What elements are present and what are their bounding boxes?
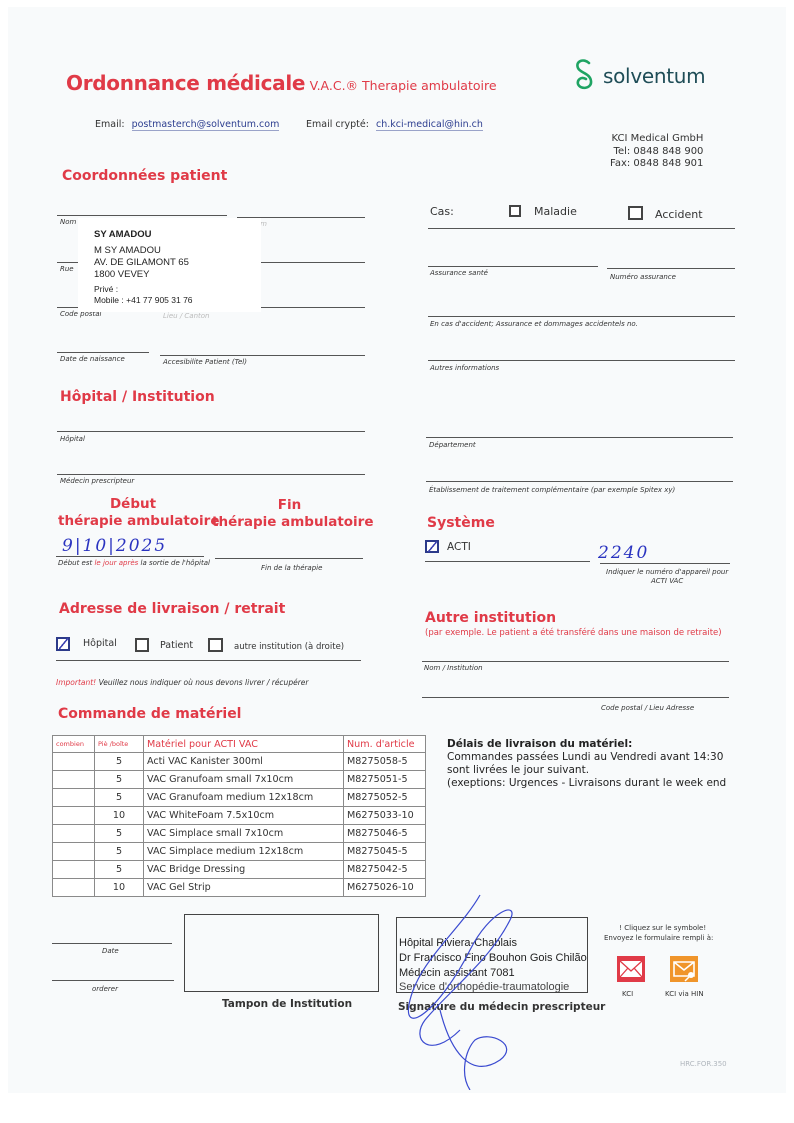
cell-pie: 5 (95, 753, 144, 771)
col-pie: Piè /boîte (95, 736, 144, 753)
title-main: Ordonnance médicale (66, 71, 305, 95)
device-note: Indiquer le numéro d'appareil pour ACTI … (606, 568, 728, 586)
table-row: 10VAC Gel StripM6275026-10 (53, 879, 426, 897)
livraison-hopital-label: Hôpital (83, 638, 117, 649)
delais-title: Délais de livraison du matériel: (447, 738, 726, 751)
important-b: Veuillez nous indiquer où nous devons li… (96, 678, 308, 687)
accident-label: Accident (655, 208, 703, 221)
envelope-icon (617, 956, 645, 982)
accident-assurance-label: En cas d'accident; Assurance et dommages… (430, 320, 638, 328)
accident-checkbox[interactable] (628, 206, 643, 220)
section-commande-title: Commande de matériel (58, 706, 241, 722)
debut-note-b: le jour après (94, 559, 138, 567)
cell-pie: 5 (95, 861, 144, 879)
fin-label: Fin de la thérapie (261, 564, 322, 572)
cell-materiel: VAC Simplace medium 12x18cm (144, 843, 344, 861)
debut-title: Début thérapie ambulatoire (58, 496, 208, 530)
form-code: HRC.FOR.350 (680, 1060, 727, 1068)
section-hopital-title: Hôpital / Institution (60, 389, 215, 405)
delais-line1: Commandes passées Lundi au Vendredi avan… (447, 751, 726, 764)
cell-materiel: VAC Gel Strip (144, 879, 344, 897)
important-note: Important! Veuillez nous indiquer où nou… (56, 678, 308, 687)
cell-materiel: Acti VAC Kanister 300ml (144, 753, 344, 771)
send-hin-label: KCI via HIN (665, 990, 704, 998)
email-crypt-link[interactable]: ch.kci-medical@hin.ch (376, 119, 483, 131)
cell-pie: 5 (95, 843, 144, 861)
debut-note-c: la sortie de l'hôpital (138, 559, 210, 567)
company-fax: Fax: 0848 848 901 (610, 158, 703, 171)
company-tel: Tel: 0848 848 900 (610, 146, 703, 159)
email-label: Email: (95, 119, 125, 130)
title-subtitle: V.A.C.® Therapie ambulatoire (310, 78, 497, 93)
cell-pie: 10 (95, 879, 144, 897)
debut-title-2: thérapie ambulatoire (58, 513, 208, 530)
livraison-patient-checkbox[interactable] (135, 638, 149, 652)
acti-checkbox[interactable] (425, 540, 439, 553)
table-row: 5VAC Granufoam small 7x10cmM8275051-5 (53, 771, 426, 789)
sticker-line2: AV. DE GILAMONT 65 (94, 257, 189, 268)
table-row: 5VAC Simplace small 7x10cmM8275046-5 (53, 825, 426, 843)
tampon-box (184, 914, 379, 992)
envelope-key-icon (670, 956, 698, 982)
cell-num: M8275045-5 (344, 843, 426, 861)
table-row: 5VAC Granufoam medium 12x18cmM8275052-5 (53, 789, 426, 807)
livraison-hopital-checkbox[interactable] (56, 637, 70, 651)
cell-pie: 10 (95, 807, 144, 825)
livraison-autre-checkbox[interactable] (208, 638, 223, 652)
cell-num: M8275042-5 (344, 861, 426, 879)
cell-materiel: VAC Simplace small 7x10cm (144, 825, 344, 843)
click-note-2: Envoyez le formulaire rempli à: (604, 933, 713, 943)
handwritten-signature-icon (380, 890, 560, 1090)
table-row: 10VAC WhiteFoam 7.5x10cmM6275033-10 (53, 807, 426, 825)
sticker-phone: Mobile : +41 77 905 31 76 (94, 295, 193, 305)
cell-materiel: VAC WhiteFoam 7.5x10cm (144, 807, 344, 825)
table-row: 5Acti VAC Kanister 300mlM8275058-5 (53, 753, 426, 771)
cell-combien[interactable] (53, 843, 95, 861)
cell-num: M8275058-5 (344, 753, 426, 771)
cell-materiel: VAC Bridge Dressing (144, 861, 344, 879)
orderer-label: orderer (92, 985, 118, 993)
autre-nom-label: Nom / Institution (424, 664, 483, 672)
fin-title-2: thérapie ambulatoire (212, 514, 367, 531)
hopital-label: Hôpital (60, 435, 85, 443)
assurance-sante-label: Assurance santé (430, 269, 488, 277)
important-a: Important! (56, 678, 96, 687)
col-materiel: Matériel pour ACTI VAC (144, 736, 344, 753)
acti-label: ACTI (447, 541, 471, 553)
fin-title: Fin thérapie ambulatoire (212, 497, 367, 531)
send-hin-button[interactable] (670, 956, 698, 982)
section-livraison-title: Adresse de livraison / retrait (59, 601, 285, 617)
send-instructions: ! Cliquez sur le symbole! Envoyez le for… (612, 923, 713, 943)
table-row: 5VAC Simplace medium 12x18cmM8275045-5 (53, 843, 426, 861)
solventum-logo-icon (572, 59, 596, 91)
cell-pie: 5 (95, 825, 144, 843)
material-table: combien Piè /boîte Matériel pour ACTI VA… (52, 735, 426, 897)
patient-address-sticker: SY AMADOU M SY AMADOU AV. DE GILAMONT 65… (78, 218, 261, 312)
cell-pie: 5 (95, 771, 144, 789)
cas-label: Cas: (430, 205, 454, 218)
cell-num: M8275051-5 (344, 771, 426, 789)
date-label: Date (102, 947, 119, 955)
debut-note-a: Début est (58, 559, 94, 567)
autres-infos-label: Autres informations (430, 364, 499, 372)
cell-pie: 5 (95, 789, 144, 807)
click-note-1: ! Cliquez sur le symbole! (612, 923, 713, 933)
cell-num: M8275052-5 (344, 789, 426, 807)
delais-line2: sont livrées le jour suivant. (447, 764, 726, 777)
debut-title-1: Début (58, 496, 208, 513)
debut-date-field[interactable]: 9|10|2025 (62, 536, 167, 556)
device-note-2: ACTI VAC (606, 577, 728, 586)
send-kci-button[interactable] (617, 956, 645, 982)
sticker-line3: 1800 VEVEY (94, 269, 149, 280)
col-num: Num. d'article (344, 736, 426, 753)
nom-label: Nom (60, 218, 76, 226)
email-link[interactable]: postmasterch@solventum.com (132, 119, 280, 131)
email-crypt-row: Email crypté: ch.kci-medical@hin.ch (306, 119, 483, 130)
section-autre-title: Autre institution (425, 610, 556, 626)
delais-line3: (exeptions: Urgences - Livraisons durant… (447, 777, 726, 790)
sticker-line4: Privé : (94, 284, 118, 294)
email-row: Email: postmasterch@solventum.com (95, 119, 279, 130)
cell-combien[interactable] (53, 861, 95, 879)
cell-combien[interactable] (53, 753, 95, 771)
logo-text: solventum (603, 64, 705, 88)
company-name: KCI Medical GmbH (610, 133, 703, 146)
table-header-row: combien Piè /boîte Matériel pour ACTI VA… (53, 736, 426, 753)
company-info: KCI Medical GmbH Tel: 0848 848 900 Fax: … (610, 133, 703, 171)
maladie-checkbox[interactable] (509, 205, 521, 217)
maladie-label: Maladie (534, 205, 577, 218)
cell-combien[interactable] (53, 825, 95, 843)
tampon-label: Tampon de Institution (222, 998, 352, 1010)
sticker-name: SY AMADOU (94, 229, 152, 240)
debut-note: Début est le jour après la sortie de l'h… (58, 559, 210, 567)
cell-num: M6275033-10 (344, 807, 426, 825)
send-kci-label: KCI (622, 990, 633, 998)
lieu-label: Lieu / Canton (163, 312, 209, 320)
email-crypt-label: Email crypté: (306, 119, 369, 130)
section-patient-title: Coordonnées patient (62, 168, 227, 184)
numero-assurance-label: Numéro assurance (610, 273, 676, 281)
livraison-autre-label: autre institution (à droite) (234, 642, 344, 652)
document-title: Ordonnance médicale V.A.C.® Therapie amb… (66, 71, 497, 95)
cell-materiel: VAC Granufoam medium 12x18cm (144, 789, 344, 807)
livraison-patient-label: Patient (160, 640, 193, 651)
etablissement-label: Établissement de traitement complémentai… (429, 486, 675, 494)
sticker-line1: M SY AMADOU (94, 245, 161, 256)
fin-title-1: Fin (212, 497, 367, 514)
rue-label: Rue (60, 265, 74, 273)
cell-combien[interactable] (53, 879, 95, 897)
accessibilite-label: Accesibilite Patient (Tel) (163, 358, 247, 366)
section-systeme-title: Système (427, 515, 495, 531)
medecin-label: Médecin prescripteur (60, 477, 134, 485)
col-combien: combien (53, 736, 95, 753)
autre-adresse-label: Code postal / Lieu Adresse (601, 704, 694, 712)
autre-subtitle: (par exemple. Le patient a été transféré… (425, 628, 722, 638)
cell-materiel: VAC Granufoam small 7x10cm (144, 771, 344, 789)
device-note-1: Indiquer le numéro d'appareil pour (606, 568, 728, 577)
departement-label: Département (429, 441, 476, 449)
table-row: 5VAC Bridge DressingM8275042-5 (53, 861, 426, 879)
cell-combien[interactable] (53, 807, 95, 825)
cell-combien[interactable] (53, 789, 95, 807)
delais-box: Délais de livraison du matériel: Command… (447, 738, 726, 790)
naissance-label: Date de naissance (60, 355, 125, 363)
cell-num: M8275046-5 (344, 825, 426, 843)
cell-combien[interactable] (53, 771, 95, 789)
device-number-field[interactable]: 2240 (598, 543, 649, 563)
